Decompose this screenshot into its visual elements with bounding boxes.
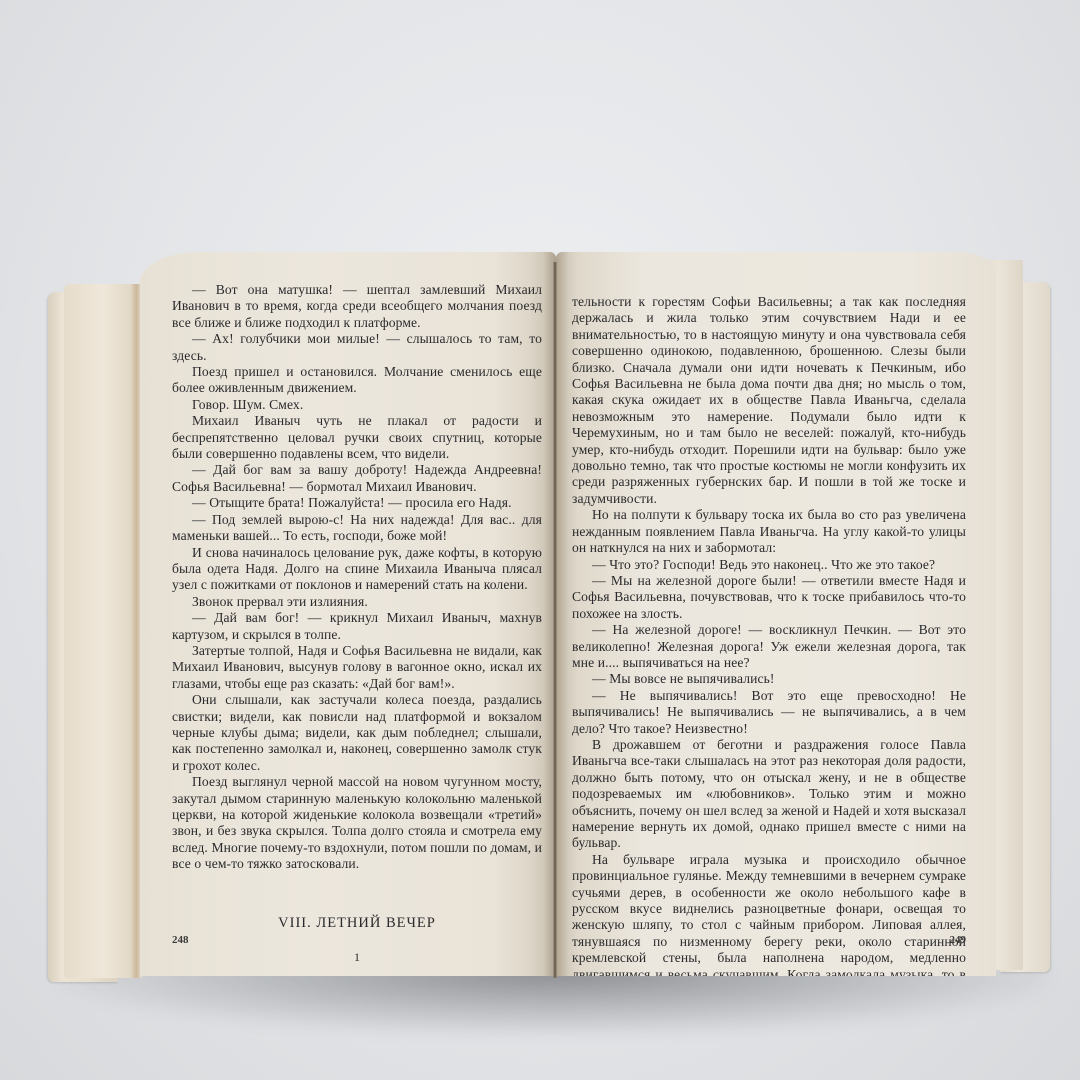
paragraph: — Ах! голубчики мои милые! — слышалось т… (172, 331, 542, 364)
book-gutter (553, 262, 557, 978)
section-number: 1 (172, 949, 542, 965)
paragraph: Они слышали, как застучали колеса поезда… (172, 692, 542, 774)
paragraph: В дрожавшем от беготни и раздражения гол… (572, 737, 966, 852)
paragraph: тельности к горестям Софьи Васильевны; а… (572, 294, 966, 507)
gutter-shade-right (556, 252, 578, 976)
paragraph: — Не выпячивались! Вот это еще превосход… (572, 688, 966, 737)
paragraph: Поезд пришел и остановился. Молчание сме… (172, 364, 542, 397)
paragraph: — Вот она матушка! — шептал замлевший Ми… (172, 282, 542, 331)
paragraph: И снова начиналось целование рук, даже к… (172, 545, 542, 594)
paragraph: — Дай бог вам за вашу доброту! Надежда А… (172, 462, 542, 495)
left-page: — Вот она матушка! — шептал замлевший Ми… (140, 252, 556, 976)
page-block-edge-left (64, 284, 142, 978)
paragraph: — Мы вовсе не выпячивались! (572, 671, 966, 687)
paragraph: Михаил Иваныч чуть не плакал от радости … (172, 413, 542, 462)
paragraph: Но на полпути к бульвару тоска их была в… (572, 507, 966, 556)
paragraph: — Что это? Господи! Ведь это наконец.. Ч… (572, 557, 966, 573)
paragraph: Поезд выглянул черной массой на новом чу… (172, 774, 542, 872)
left-page-text: — Вот она матушка! — шептал замлевший Ми… (172, 282, 542, 976)
right-page: тельности к горестям Софьи Васильевны; а… (556, 252, 996, 976)
paragraph: — Под землей вырою-с! На них надежда! Дл… (172, 512, 542, 545)
paragraph: — Мы на железной дороге были! — ответили… (572, 573, 966, 622)
paragraph: — Отыщите брата! Пожалуйста! — просила е… (172, 495, 542, 511)
paragraph: — Дай вам бог! — крикнул Михаил Иваныч, … (172, 610, 542, 643)
page-number-right: 249 (950, 934, 967, 946)
right-page-text: тельности к горестям Софьи Васильевны; а… (572, 294, 966, 976)
paragraph: — На железной дороге! — воскликнул Печки… (572, 622, 966, 671)
paragraph: Затертые толпой, Надя и Софья Васильевна… (172, 643, 542, 692)
page-number-left: 248 (172, 934, 189, 946)
paragraph: На бульваре играла музыка и происходило … (572, 852, 966, 976)
paragraph: Звонок прервал эти излияния. (172, 594, 542, 610)
paragraph: Говор. Шум. Смех. (172, 397, 542, 413)
chapter-title: VIII. ЛЕТНИЙ ВЕЧЕР (172, 915, 542, 931)
